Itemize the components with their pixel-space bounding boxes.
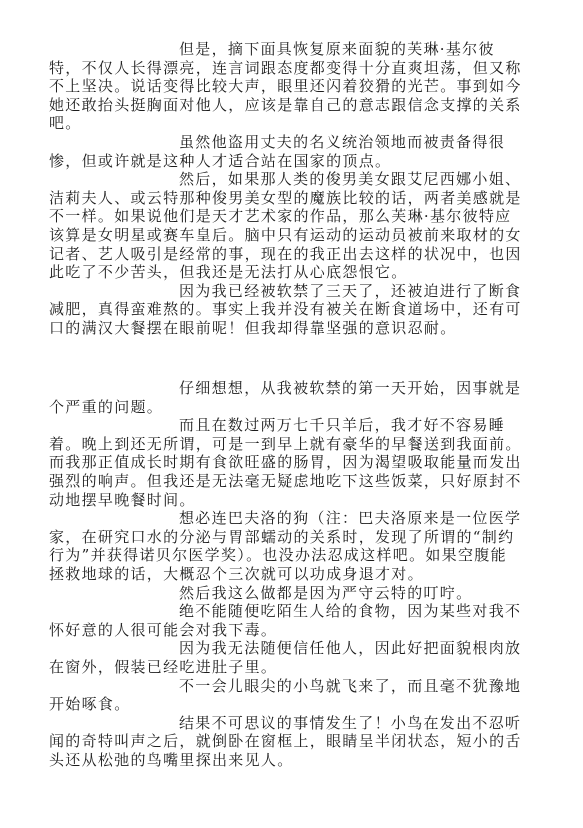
paragraph: 但是，摘下面具恢复原来面貌的芙琳·基尔彼 特，不仅人长得漂亮，连言词跟态度都变得…	[49, 40, 539, 133]
text-block-upper: 但是，摘下面具恢复原来面貌的芙琳·基尔彼 特，不仅人长得漂亮，连言词跟态度都变得…	[49, 40, 539, 338]
paragraph: 因为我已经被软禁了三天了，还被迫进行了断食 减肥，真得蛮难熬的。事实上我并没有被…	[49, 282, 539, 338]
text-line: 在窗外，假装已经吃进肚子里。	[49, 658, 539, 677]
text-line: 不一样。如果说他们是天才艺术家的作品，那么芙琳·基尔彼特应	[49, 207, 539, 226]
text-line: 而且在数过两万七千只羊后，我才好不容易睡	[49, 416, 539, 435]
text-line: 因为我无法随便信任他人，因此好把面貌根肉放	[49, 639, 539, 658]
text-line: 想必连巴夫洛的狗（注：巴夫洛原来是一位医学	[49, 509, 539, 528]
text-line: 惨，但或许就是这种人才适合站在国家的顶点。	[49, 152, 539, 171]
text-line: 虽然他盗用丈夫的名义统治领地而被责备得很	[49, 133, 539, 152]
paragraph: 虽然他盗用丈夫的名义统治领地而被责备得很 惨，但或许就是这种人才适合站在国家的顶…	[49, 133, 539, 170]
text-line: 结果不可思议的事情发生了！小鸟在发出不忍听	[49, 714, 539, 733]
text-line: 闻的奇特叫声之后，就倒卧在窗框上，眼睛呈半闭状态，短小的舌	[49, 732, 539, 751]
paragraph: 仔细想想，从我被软禁的第一天开始，因事就是 个严重的问题。	[49, 379, 539, 416]
paragraph: 不一会儿眼尖的小鸟就飞来了，而且毫不犹豫地 开始啄食。	[49, 677, 539, 714]
paragraph: 然后我这么做都是因为严守云特的叮咛。	[49, 584, 539, 603]
text-line: 仔细想想，从我被软禁的第一天开始，因事就是	[49, 379, 539, 398]
text-line: 怀好意的人很可能会对我下毒。	[49, 621, 539, 640]
text-line: 不一会儿眼尖的小鸟就飞来了，而且毫不犹豫地	[49, 677, 539, 696]
text-line: 开始啄食。	[49, 695, 539, 714]
text-line: 拯救地球的话，大概忍个三次就可以功成身退才对。	[49, 565, 539, 584]
text-line: 动地摆早晚餐时间。	[49, 491, 539, 510]
text-line: 家，在研究口水的分泌与胃部蠕动的关系时，发现了所谓的“制约	[49, 528, 539, 547]
text-line: 口的满汉大餐摆在眼前呢！但我却得靠坚强的意识忍耐。	[49, 319, 539, 338]
text-line: 绝不能随便吃陌生人给的食物，因为某些对我不	[49, 602, 539, 621]
text-line: 此吃了不少苦头，但我还是无法打从心底怨恨它。	[49, 263, 539, 282]
text-line: 吧。	[49, 114, 539, 133]
text-line: 而我那正值成长时期有食欲旺盛的肠胃，因为渴望吸取能量而发出	[49, 453, 539, 472]
paragraph: 而且在数过两万七千只羊后，我才好不容易睡 着。晚上到还无所谓，可是一到早上就有豪…	[49, 416, 539, 509]
text-line: 但是，摘下面具恢复原来面貌的芙琳·基尔彼	[49, 40, 539, 59]
text-line: 因为我已经被软禁了三天了，还被迫进行了断食	[49, 282, 539, 301]
text-line: 特，不仅人长得漂亮，连言词跟态度都变得十分直爽坦荡，但又称	[49, 59, 539, 78]
text-line: 强烈的响声。但我还是无法毫无疑虑地吃下这些饭菜，只好原封不	[49, 472, 539, 491]
paragraph: 绝不能随便吃陌生人给的食物，因为某些对我不 怀好意的人很可能会对我下毒。	[49, 602, 539, 639]
text-line: 该算是女明星或赛车皇后。脑中只有运动的运动员被前来取材的女	[49, 226, 539, 245]
text-line: 头还从松弛的鸟嘴里探出来见人。	[49, 751, 539, 770]
paragraph: 因为我无法随便信任他人，因此好把面貌根肉放 在窗外，假装已经吃进肚子里。	[49, 639, 539, 676]
text-line: 个严重的问题。	[49, 398, 539, 417]
text-line: 然后我这么做都是因为严守云特的叮咛。	[49, 584, 539, 603]
text-line: 行为”并获得诺贝尔医学奖）。也没办法忍成这样吧。如果空腹能	[49, 546, 539, 565]
text-line: 然后，如果那人类的俊男美女跟艾尼西娜小姐、	[49, 170, 539, 189]
paragraph: 然后，如果那人类的俊男美女跟艾尼西娜小姐、 洁莉夫人、或云特那种俊男美女型的魔族…	[49, 170, 539, 282]
text-line: 不上坚决。说话变得比较大声，眼里还闪着狡猾的光芒。事到如今	[49, 77, 539, 96]
text-line: 着。晚上到还无所谓，可是一到早上就有豪华的早餐送到我面前。	[49, 435, 539, 454]
text-line: 减肥，真得蛮难熬的。事实上我并没有被关在断食道场中，还有可	[49, 300, 539, 319]
paragraph: 结果不可思议的事情发生了！小鸟在发出不忍听 闻的奇特叫声之后，就倒卧在窗框上，眼…	[49, 714, 539, 770]
text-block-lower: 仔细想想，从我被软禁的第一天开始，因事就是 个严重的问题。 而且在数过两万七千只…	[49, 379, 539, 769]
paragraph: 想必连巴夫洛的狗（注：巴夫洛原来是一位医学 家，在研究口水的分泌与胃部蠕动的关系…	[49, 509, 539, 583]
text-line: 记者、艺人吸引是经常的事，现在的我正出去这样的状况中，也因	[49, 245, 539, 264]
text-line: 她还敢抬头挺胸面对他人，应该是靠自己的意志跟信念支撑的关系	[49, 96, 539, 115]
text-line: 洁莉夫人、或云特那种俊男美女型的魔族比较的话，两者美感就是	[49, 189, 539, 208]
document-page: 但是，摘下面具恢复原来面貌的芙琳·基尔彼 特，不仅人长得漂亮，连言词跟态度都变得…	[0, 0, 583, 828]
